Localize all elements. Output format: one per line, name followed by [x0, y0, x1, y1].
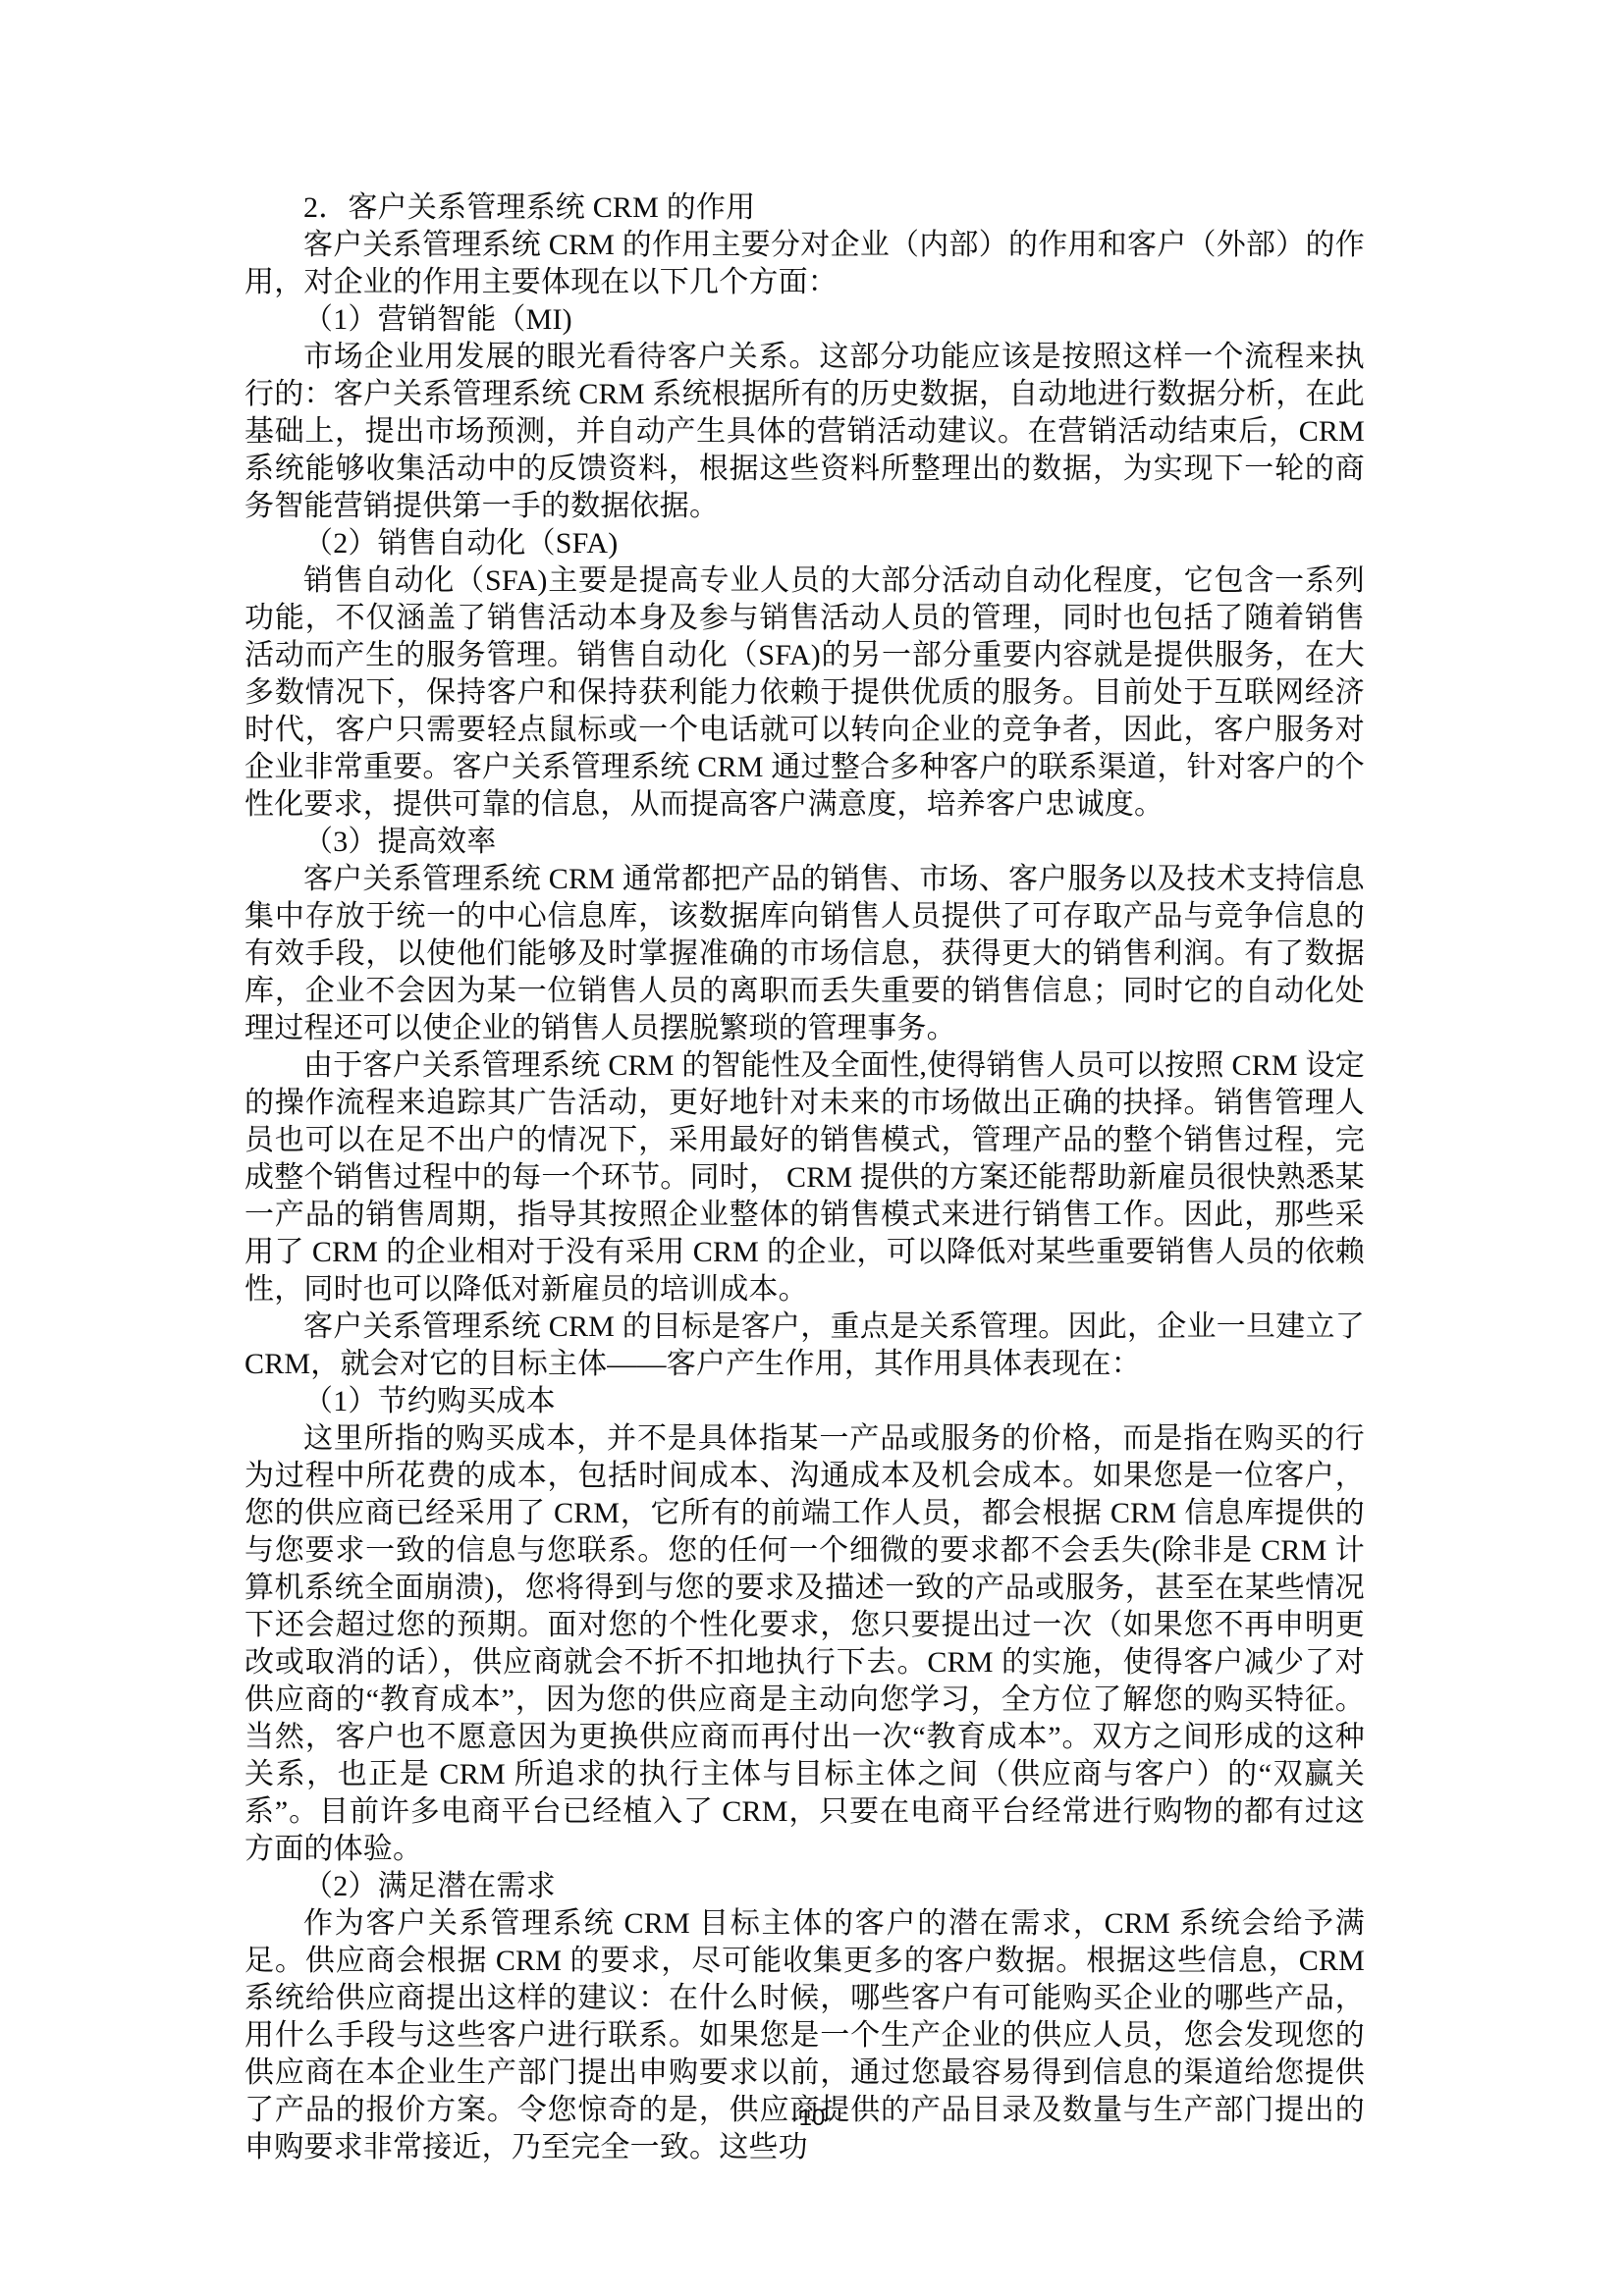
subheading-sfa: （2）销售自动化（SFA): [244, 525, 1365, 562]
document-page: 2．客户关系管理系统 CRM 的作用 客户关系管理系统 CRM 的作用主要分对企…: [0, 0, 1624, 2296]
paragraph: 客户关系管理系统 CRM 的目标是客户，重点是关系管理。因此，企业一旦建立了 C…: [244, 1308, 1365, 1383]
paragraph: 这里所指的购买成本，并不是具体指某一产品或服务的价格，而是指在购买的行为过程中所…: [244, 1420, 1365, 1868]
paragraph: 销售自动化（SFA)主要是提高专业人员的大部分活动自动化程度，它包含一系列功能，…: [244, 562, 1365, 824]
section-heading: 2．客户关系管理系统 CRM 的作用: [244, 189, 1365, 227]
paragraph: 由于客户关系管理系统 CRM 的智能性及全面性,使得销售人员可以按照 CRM 设…: [244, 1047, 1365, 1308]
paragraph: 客户关系管理系统 CRM 通常都把产品的销售、市场、客户服务以及技术支持信息集中…: [244, 861, 1365, 1047]
subheading-save-cost: （1）节约购买成本: [244, 1383, 1365, 1420]
paragraph: 客户关系管理系统 CRM 的作用主要分对企业（内部）的作用和客户（外部）的作用，…: [244, 227, 1365, 301]
paragraph: 市场企业用发展的眼光看待客户关系。这部分功能应该是按照这样一个流程来执行的：客户…: [244, 339, 1365, 525]
subheading-efficiency: （3）提高效率: [244, 824, 1365, 861]
subheading-mi: （1）营销智能（MI): [244, 301, 1365, 339]
document-body: 2．客户关系管理系统 CRM 的作用 客户关系管理系统 CRM 的作用主要分对企…: [244, 189, 1365, 2166]
page-number: -10-: [0, 2104, 1624, 2133]
subheading-latent-need: （2）满足潜在需求: [244, 1868, 1365, 1905]
